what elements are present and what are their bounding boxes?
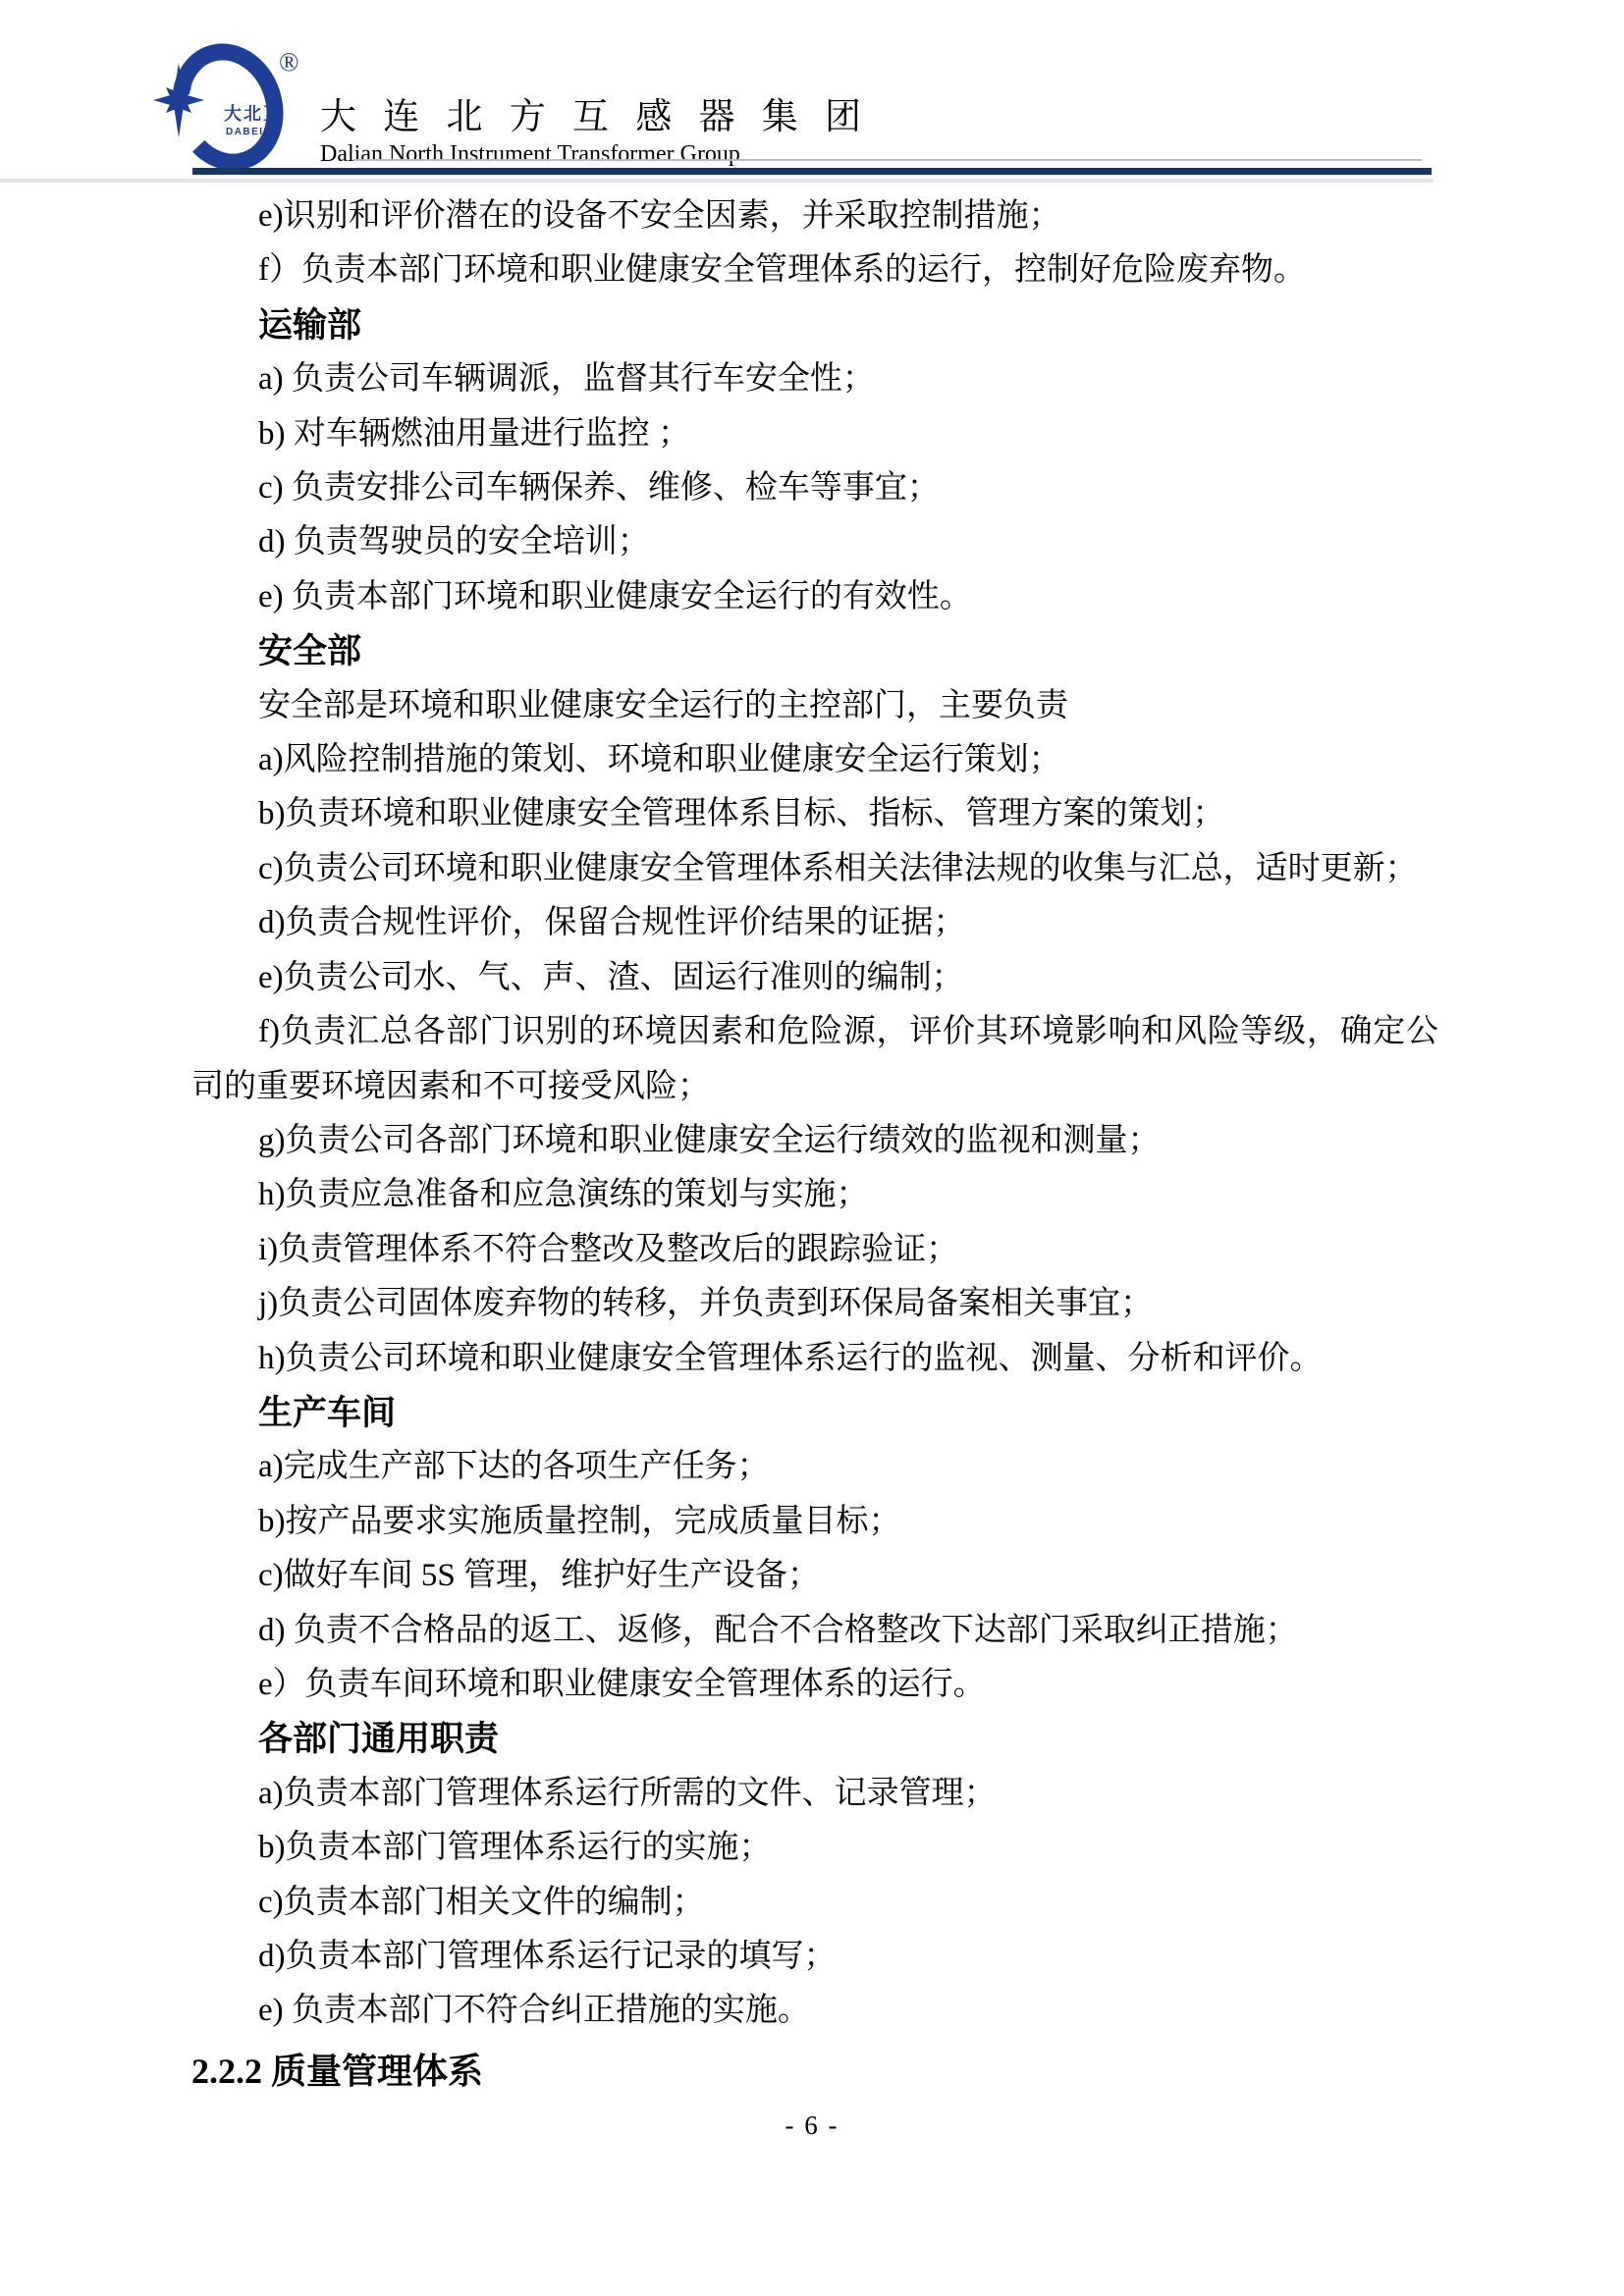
body-paragraph: f)负责汇总各部门识别的环境因素和危险源，评价其环境影响和风险等级，确定公司的重… <box>191 1005 1438 1114</box>
registered-trademark-icon: ® <box>279 47 299 77</box>
header-rule-thin <box>353 159 1422 161</box>
header-rule <box>192 168 1432 175</box>
body-paragraph: g)负责公司各部门环境和职业健康安全运行绩效的监视和测量； <box>191 1114 1438 1168</box>
body-paragraph: b)负责本部门管理体系运行的实施； <box>191 1821 1438 1875</box>
document-page: ® 大北互 DABEIHU 大 连 北 方 互 感 器 集 团 Dalian N… <box>0 0 1624 2296</box>
dept-heading: 各部门通用职责 <box>191 1712 1438 1766</box>
body-paragraph: d)负责本部门管理体系运行记录的填写； <box>191 1930 1438 1984</box>
body-paragraph: b)负责环境和职业健康安全管理体系目标、指标、管理方案的策划； <box>191 787 1438 841</box>
body-paragraph: a) 负责公司车辆调派，监督其行车安全性； <box>191 352 1438 406</box>
body-paragraph: d) 负责驾驶员的安全培训； <box>191 515 1438 569</box>
company-name-cn: 大 连 北 方 互 感 器 集 团 <box>320 86 870 139</box>
company-logo: ® 大北互 DABEIHU <box>110 24 355 171</box>
dept-heading: 运输部 <box>191 298 1438 352</box>
page-number: - 6 - <box>0 2110 1624 2141</box>
company-name-block: 大 连 北 方 互 感 器 集 团 Dalian North Instrumen… <box>320 86 870 168</box>
body-paragraph: e) 负责本部门不符合纠正措施的实施。 <box>191 1984 1438 2038</box>
body-paragraph: a)负责本部门管理体系运行所需的文件、记录管理； <box>191 1767 1438 1821</box>
body-paragraph: e）负责车间环境和职业健康安全管理体系的运行。 <box>191 1658 1438 1712</box>
company-name-en: Dalian North Instrument Transformer Grou… <box>320 141 870 168</box>
body-paragraph: b) 对车辆燃油用量进行监控 ； <box>191 407 1438 461</box>
body-paragraph: c)负责本部门相关文件的编制； <box>191 1876 1438 1930</box>
body-paragraph: d)负责合规性评价，保留合规性评价结果的证据； <box>191 896 1438 950</box>
dept-heading: 安全部 <box>191 624 1438 678</box>
section-heading: 2.2.2 质量管理体系 <box>191 2045 1438 2099</box>
body-paragraph: a)完成生产部下达的各项生产任务； <box>191 1440 1438 1494</box>
body-paragraph: f）负责本部门环境和职业健康安全管理体系的运行，控制好危险废弃物。 <box>191 243 1438 297</box>
body-paragraph: d) 负责不合格品的返工、返修，配合不合格整改下达部门采取纠正措施； <box>191 1604 1438 1658</box>
body-paragraph: j)负责公司固体废弃物的转移，并负责到环保局备案相关事宜； <box>191 1277 1438 1331</box>
logo-graphic: ® 大北互 DABEIHU <box>110 24 355 171</box>
body-paragraph: c)做好车间 5S 管理，维护好生产设备； <box>191 1549 1438 1603</box>
body-paragraph: c) 负责安排公司车辆保养、维修、检车等事宜； <box>191 461 1438 515</box>
body-content: e)识别和评价潜在的设备不安全因素，并采取控制措施；f）负责本部门环境和职业健康… <box>191 189 1438 2099</box>
logo-brand-en: DABEIHU <box>226 127 281 137</box>
body-paragraph: h)负责公司环境和职业健康安全管理体系运行的监视、测量、分析和评价。 <box>191 1332 1438 1386</box>
body-paragraph: e)识别和评价潜在的设备不安全因素，并采取控制措施； <box>191 189 1438 243</box>
dept-heading: 生产车间 <box>191 1386 1438 1440</box>
body-paragraph: e) 负责本部门环境和职业健康安全运行的有效性。 <box>191 570 1438 624</box>
header-rule-shadow <box>0 179 1434 183</box>
body-paragraph: a)风险控制措施的策划、环境和职业健康安全运行策划； <box>191 733 1438 787</box>
body-paragraph: c)负责公司环境和职业健康安全管理体系相关法律法规的收集与汇总，适时更新； <box>191 842 1438 896</box>
body-paragraph: e)负责公司水、气、声、渣、固运行准则的编制； <box>191 951 1438 1005</box>
body-paragraph: i)负责管理体系不符合整改及整改后的跟踪验证； <box>191 1223 1438 1277</box>
body-paragraph: b)按产品要求实施质量控制，完成质量目标； <box>191 1495 1438 1549</box>
logo-brand-cn: 大北互 <box>224 103 283 124</box>
body-paragraph: h)负责应急准备和应急演练的策划与实施； <box>191 1168 1438 1222</box>
body-paragraph: 安全部是环境和职业健康安全运行的主控部门，主要负责 <box>191 679 1438 733</box>
